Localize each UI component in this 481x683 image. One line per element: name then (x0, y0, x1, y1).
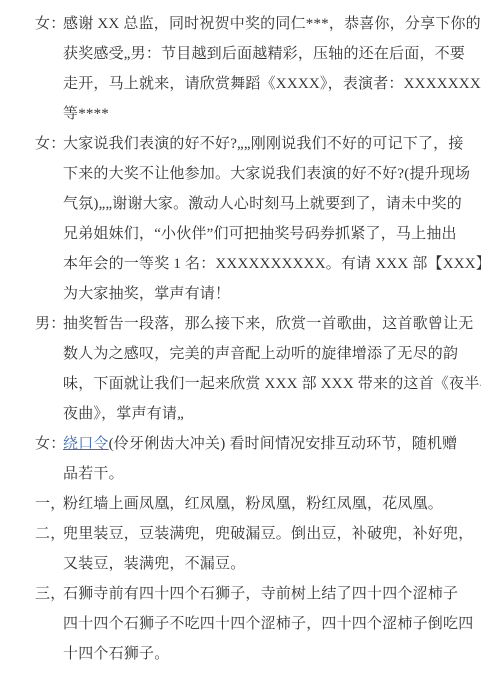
speaker-label: 男： (35, 309, 63, 339)
script-line: 女：感谢 XX 总监，同时祝贺中奖的同仁***，恭喜你，分享下你的 (63, 9, 453, 39)
script-line: 二，兜里装豆，豆装满兜，兜破漏豆。倒出豆，补破兜，补好兜， (63, 519, 453, 549)
script-line: 四十四个石狮子不吃四十四个涩柿子，四十四个涩柿子倒吃四 (63, 609, 453, 639)
line-text: 石狮寺前有四十四个石狮子，寺前树上结了四十四个涩柿子 (63, 586, 458, 602)
tongue-twister-link[interactable]: 绕口令 (63, 436, 109, 452)
script-line: 下来的大奖不让他参加。大家说我们表演的好不好?(提升现场 (63, 159, 453, 189)
script-line: 夜曲》，掌声有请„ (63, 399, 453, 429)
line-text: 感谢 XX 总监，同时祝贺中奖的同仁***，恭喜你，分享下你的 (63, 16, 481, 32)
script-line: 女：绕口令(伶牙俐齿大冲关) 看时间情况安排互动环节，随机赠 (63, 429, 453, 459)
tongue-twister-item-3: 三，石狮寺前有四十四个石狮子，寺前树上结了四十四个涩柿子 四十四个石狮子不吃四十… (35, 579, 453, 669)
line-text: 粉红墙上画凤凰，红凤凰，粉凤凰，粉红凤凰，花凤凰。 (63, 496, 443, 512)
tongue-twister-item-2: 二，兜里装豆，豆装满兜，兜破漏豆。倒出豆，补破兜，补好兜， 又装豆，装满兜，不漏… (35, 519, 453, 579)
script-paragraph-host-female-2: 女：大家说我们表演的好不好?„„刚刚说我们不好的可记下了，接 下来的大奖不让他参… (35, 129, 453, 309)
script-line: 女：大家说我们表演的好不好?„„刚刚说我们不好的可记下了，接 (63, 129, 453, 159)
item-number-label: 二， (35, 519, 63, 549)
script-line: 兄弟姐妹们，“小伙伴”们可把抽奖号码券抓紧了，马上抽出 (63, 219, 453, 249)
item-number-label: 一， (35, 489, 63, 519)
script-line: 十四个石狮子。 (63, 639, 453, 669)
line-text: 大家说我们表演的好不好?„„刚刚说我们不好的可记下了，接 (63, 136, 464, 152)
script-line: 本年会的一等奖 1 名：XXXXXXXXXX。有请 XXX 部【XXX】，上台 (63, 249, 453, 279)
line-text: 兜里装豆，豆装满兜，兜破漏豆。倒出豆，补破兜，补好兜， (63, 526, 473, 542)
document-page: 女：感谢 XX 总监，同时祝贺中奖的同仁***，恭喜你，分享下你的 获奖感受„男… (0, 0, 481, 669)
script-line: 获奖感受„男：节目越到后面越精彩，压轴的还在后面，不要 (63, 39, 453, 69)
script-line: 味，下面就让我们一起来欣赏 XXX 部 XXX 带来的这首《夜半小 (63, 369, 453, 399)
speaker-label: 女： (35, 9, 63, 39)
script-line: 三，石狮寺前有四十四个石狮子，寺前树上结了四十四个涩柿子 (63, 579, 453, 609)
script-line: 数人为之感叹，完美的声音配上动听的旋律增添了无尽的韵 (63, 339, 453, 369)
tongue-twister-item-1: 一，粉红墙上画凤凰，红凤凰，粉凤凰，粉红凤凰，花凤凰。 (35, 489, 453, 519)
item-number-label: 三， (35, 579, 63, 609)
speaker-label: 女： (35, 429, 63, 459)
script-paragraph-host-female-3: 女：绕口令(伶牙俐齿大冲关) 看时间情况安排互动环节，随机赠 品若干。 (35, 429, 453, 489)
line-text: (伶牙俐齿大冲关) 看时间情况安排互动环节，随机赠 (109, 436, 458, 452)
speaker-label: 女： (35, 129, 63, 159)
script-paragraph-host-male-1: 男：抽奖暂告一段落，那么接下来，欣赏一首歌曲，这首歌曾让无 数人为之感叹，完美的… (35, 309, 453, 429)
script-line: 走开，马上就来，请欣赏舞蹈《XXXX》，表演者：XXXXXXXXXXXXX (63, 69, 453, 99)
script-line: 等**** (63, 99, 453, 129)
script-line: 气氛)„„谢谢大家。激动人心时刻马上就要到了，请未中奖的 (63, 189, 453, 219)
script-line: 为大家抽奖，掌声有请！ (63, 279, 453, 309)
script-line: 又装豆，装满兜，不漏豆。 (63, 549, 453, 579)
script-line: 一，粉红墙上画凤凰，红凤凰，粉凤凰，粉红凤凰，花凤凰。 (63, 489, 453, 519)
line-text: 抽奖暂告一段落，那么接下来，欣赏一首歌曲，这首歌曾让无 (63, 316, 473, 332)
script-line: 品若干。 (63, 459, 453, 489)
script-paragraph-host-female-1: 女：感谢 XX 总监，同时祝贺中奖的同仁***，恭喜你，分享下你的 获奖感受„男… (35, 9, 453, 129)
script-line: 男：抽奖暂告一段落，那么接下来，欣赏一首歌曲，这首歌曾让无 (63, 309, 453, 339)
